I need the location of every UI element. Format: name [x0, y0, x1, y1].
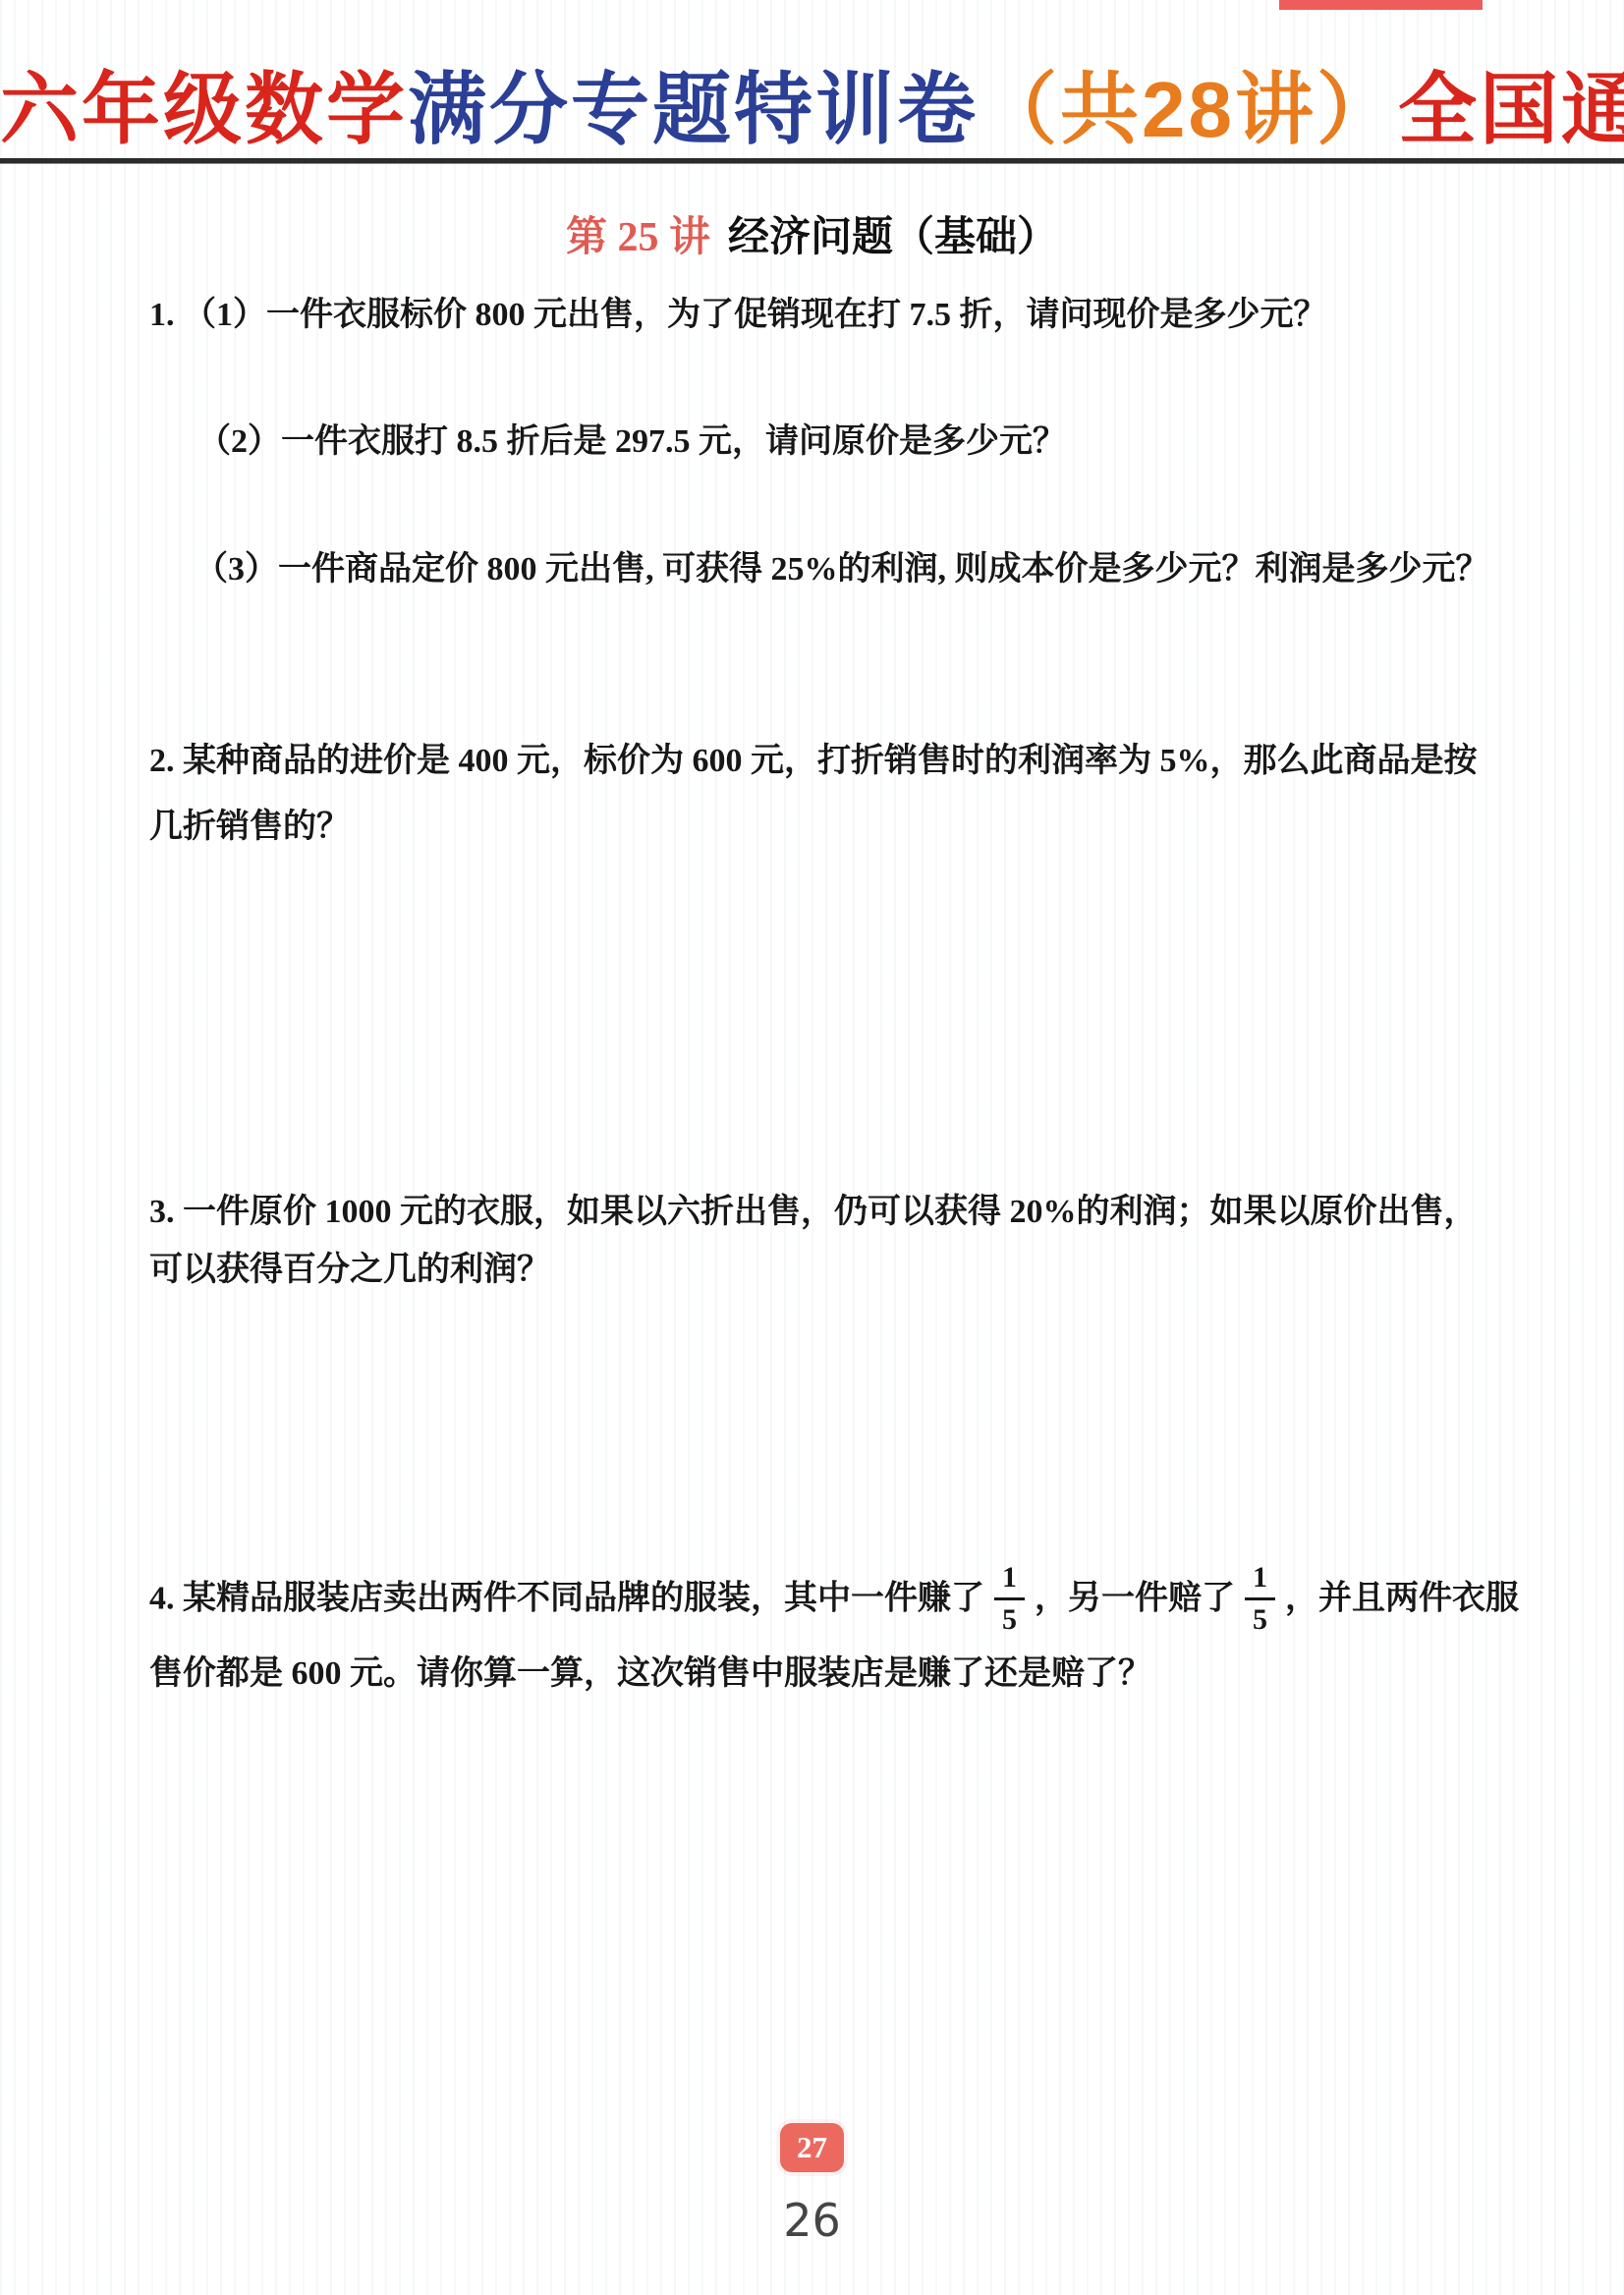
header-divider	[0, 158, 1624, 164]
lecture-topic: 经济问题（基础）	[728, 213, 1058, 259]
question-4-seg-1: 4. 某精品服装店卖出两件不同品牌的服装，其中一件赚了	[149, 1580, 984, 1616]
fraction-numerator: 1	[1245, 1563, 1275, 1597]
question-4-seg-3: ，并且两件衣服	[1285, 1580, 1519, 1616]
question-3-line-2: 可以获得百分之几的利润？	[149, 1249, 550, 1292]
question-1-part-1: 1. （1）一件衣服标价 800 元出售，为了促销现在打 7.5 折，请问现价是…	[149, 294, 1327, 337]
question-1-part-3: （3）一件商品定价 800 元出售, 可获得 25%的利润, 则成本价是多少元？…	[195, 548, 1489, 591]
page-title: 六年级数学满分专题特训卷（共28讲）全国通用	[0, 61, 1624, 159]
question-1-part-2: （2）一件衣服打 8.5 折后是 297.5 元，请问原价是多少元？	[197, 420, 1066, 464]
question-4-line-2: 售价都是 600 元。请你算一算，这次销售中服装店是赚了还是赔了？	[149, 1652, 1151, 1696]
worksheet-page: 六年级数学满分专题特训卷（共28讲）全国通用 第 25 讲经济问题（基础） 1.…	[0, 0, 1624, 2295]
question-4-line-1: 4. 某精品服装店卖出两件不同品牌的服装，其中一件赚了15，另一件赔了15，并且…	[149, 1565, 1519, 1637]
page-number: 26	[783, 2194, 841, 2247]
fraction-denominator: 5	[1245, 1597, 1275, 1635]
lecture-page-badge: 27	[780, 2123, 844, 2172]
lecture-number: 第 25 讲	[566, 215, 710, 260]
question-2-line-2: 几折销售的？	[149, 806, 350, 849]
footer: 27	[0, 2123, 1624, 2172]
question-2-line-1: 2. 某种商品的进价是 400 元，标价为 600 元，打折销售时的利润率为 5…	[149, 740, 1478, 783]
fraction-one-fifth: 15	[1245, 1563, 1275, 1635]
title-count: （共28讲）	[979, 66, 1398, 153]
question-3-line-1: 3. 一件原价 1000 元的衣服，如果以六折出售，仍可以获得 20%的利润；如…	[149, 1191, 1478, 1234]
top-accent-bar	[1279, 0, 1483, 10]
title-region: 全国通用	[1398, 66, 1624, 153]
footer-page: 26	[0, 2194, 1624, 2247]
question-4-seg-2: ，另一件赔了	[1035, 1580, 1235, 1616]
lecture-title: 第 25 讲经济问题（基础）	[0, 210, 1624, 264]
title-grade: 六年级数学	[0, 66, 408, 153]
fraction-denominator: 5	[994, 1597, 1025, 1635]
title-series: 满分专题特训卷	[408, 66, 979, 153]
fraction-numerator: 1	[994, 1563, 1025, 1597]
fraction-one-fifth: 15	[994, 1563, 1025, 1635]
